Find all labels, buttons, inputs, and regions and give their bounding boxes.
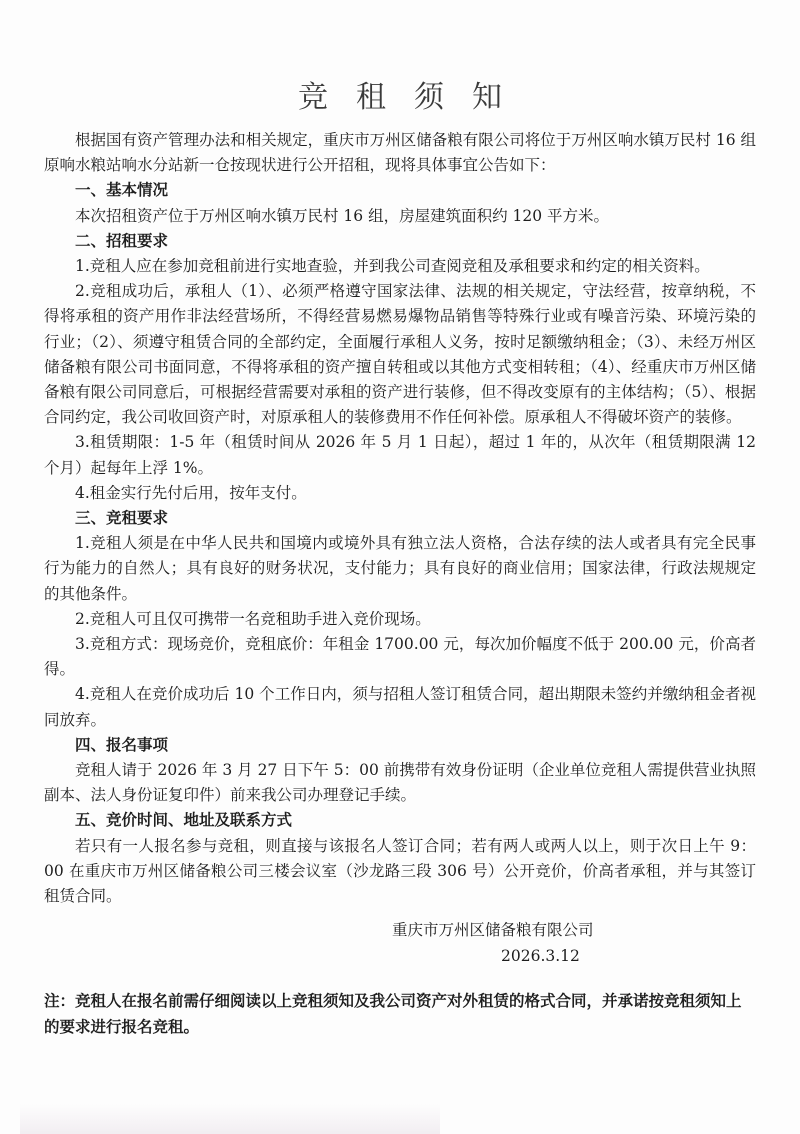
document-body: 根据国有资产管理办法和相关规定，重庆市万州区储备粮有限公司将位于万州区响水镇万民… — [44, 128, 756, 909]
section-heading: 一、基本情况 — [44, 178, 756, 203]
section-heading: 四、报名事项 — [44, 733, 756, 758]
footnote: 注：竞租人在报名前需仔细阅读以上竞租须知及我公司资产对外租赁的格式合同，并承诺按… — [44, 988, 756, 1040]
section-paragraph: 本次招租资产位于万州区响水镇万民村 16 组，房屋建筑面积约 120 平方米。 — [44, 204, 756, 229]
section-registration: 四、报名事项 竞租人请于 2026 年 3 月 27 日下午 5：00 前携带有… — [44, 733, 756, 809]
section-bidding-time-address: 五、竞价时间、地址及联系方式 若只有一人报名参与竞租，则直接与该报名人签订合同；… — [44, 808, 756, 909]
document-page: 竞租须知 根据国有资产管理办法和相关规定，重庆市万州区储备粮有限公司将位于万州区… — [0, 0, 800, 1134]
signature-date: 2026.3.12 — [392, 943, 594, 969]
document-title: 竞租须知 — [0, 72, 800, 116]
section-paragraph: 4.竞租人在竞价成功后 10 个工作日内，须与招租人签订租赁合同，超出期限未签约… — [44, 682, 756, 732]
section-paragraph: 若只有一人报名参与竞租，则直接与该报名人签订合同；若有两人或两人以上，则于次日上… — [44, 834, 756, 910]
section-paragraph: 4.租金实行先付后用，按年支付。 — [44, 481, 756, 506]
section-paragraph: 1.竞租人应在参加竞租前进行实地查验，并到我公司查阅竞租及承租要求和约定的相关资… — [44, 254, 756, 279]
signature-block: 重庆市万州区储备粮有限公司 2026.3.12 — [392, 917, 594, 969]
intro-paragraph: 根据国有资产管理办法和相关规定，重庆市万州区储备粮有限公司将位于万州区响水镇万民… — [44, 128, 756, 178]
signature-company: 重庆市万州区储备粮有限公司 — [392, 917, 594, 943]
section-paragraph: 1.竞租人须是在中华人民共和国境内或境外具有独立法人资格，合法存续的法人或者具有… — [44, 531, 756, 607]
scan-shadow — [20, 1104, 440, 1134]
section-paragraph: 2.竞租成功后，承租人（1）、必须严格遵守国家法律、法规的相关规定，守法经营，按… — [44, 279, 756, 430]
section-heading: 二、招租要求 — [44, 229, 756, 254]
section-paragraph: 2.竞租人可且仅可携带一名竞租助手进入竞价现场。 — [44, 607, 756, 632]
section-heading: 三、竞租要求 — [44, 506, 756, 531]
section-paragraph: 3.租赁期限：1-5 年（租赁时间从 2026 年 5 月 1 日起），超过 1… — [44, 430, 756, 480]
section-lease-requirements: 二、招租要求 1.竞租人应在参加竞租前进行实地查验，并到我公司查阅竞租及承租要求… — [44, 229, 756, 506]
section-bidding-requirements: 三、竞租要求 1.竞租人须是在中华人民共和国境内或境外具有独立法人资格，合法存续… — [44, 506, 756, 733]
section-basic-info: 一、基本情况 本次招租资产位于万州区响水镇万民村 16 组，房屋建筑面积约 12… — [44, 178, 756, 228]
section-paragraph: 竞租人请于 2026 年 3 月 27 日下午 5：00 前携带有效身份证明（企… — [44, 758, 756, 808]
section-heading: 五、竞价时间、地址及联系方式 — [44, 808, 756, 833]
section-paragraph: 3.竞租方式：现场竞价，竞租底价：年租金 1700.00 元，每次加价幅度不低于… — [44, 632, 756, 682]
